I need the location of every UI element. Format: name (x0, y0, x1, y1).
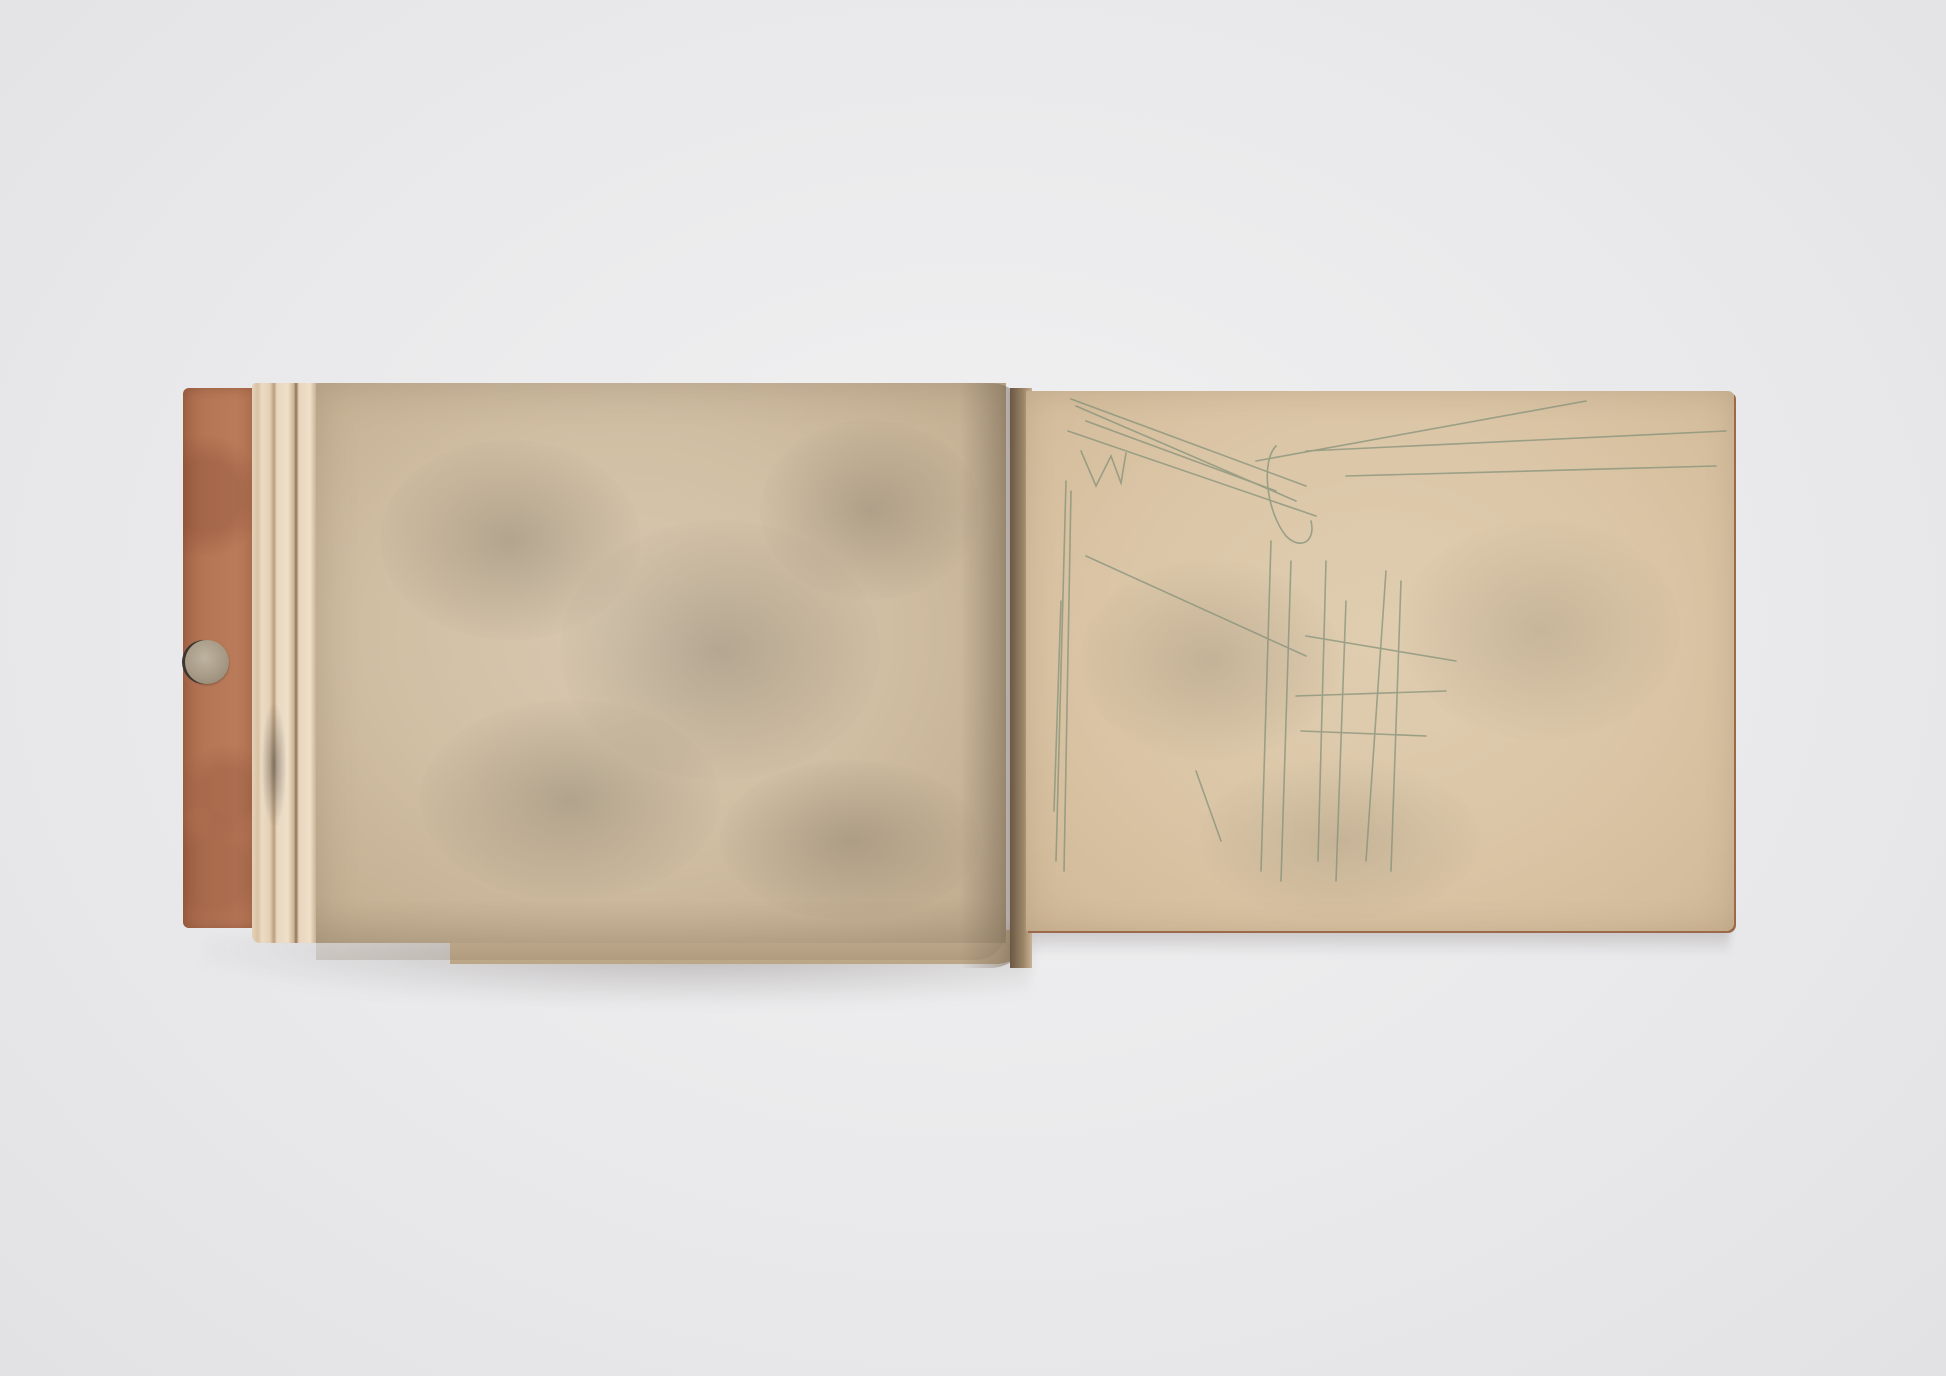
binding-rivet (185, 640, 229, 684)
page-stack-edges (252, 383, 320, 943)
pencil-sketch-lines (1026, 391, 1734, 931)
page-stain (760, 420, 980, 600)
page-stain (720, 760, 980, 920)
page-stack-smudge (262, 705, 286, 825)
page-stain (420, 700, 720, 900)
photo-scene (0, 0, 1946, 1376)
left-page-curl (316, 900, 1006, 960)
